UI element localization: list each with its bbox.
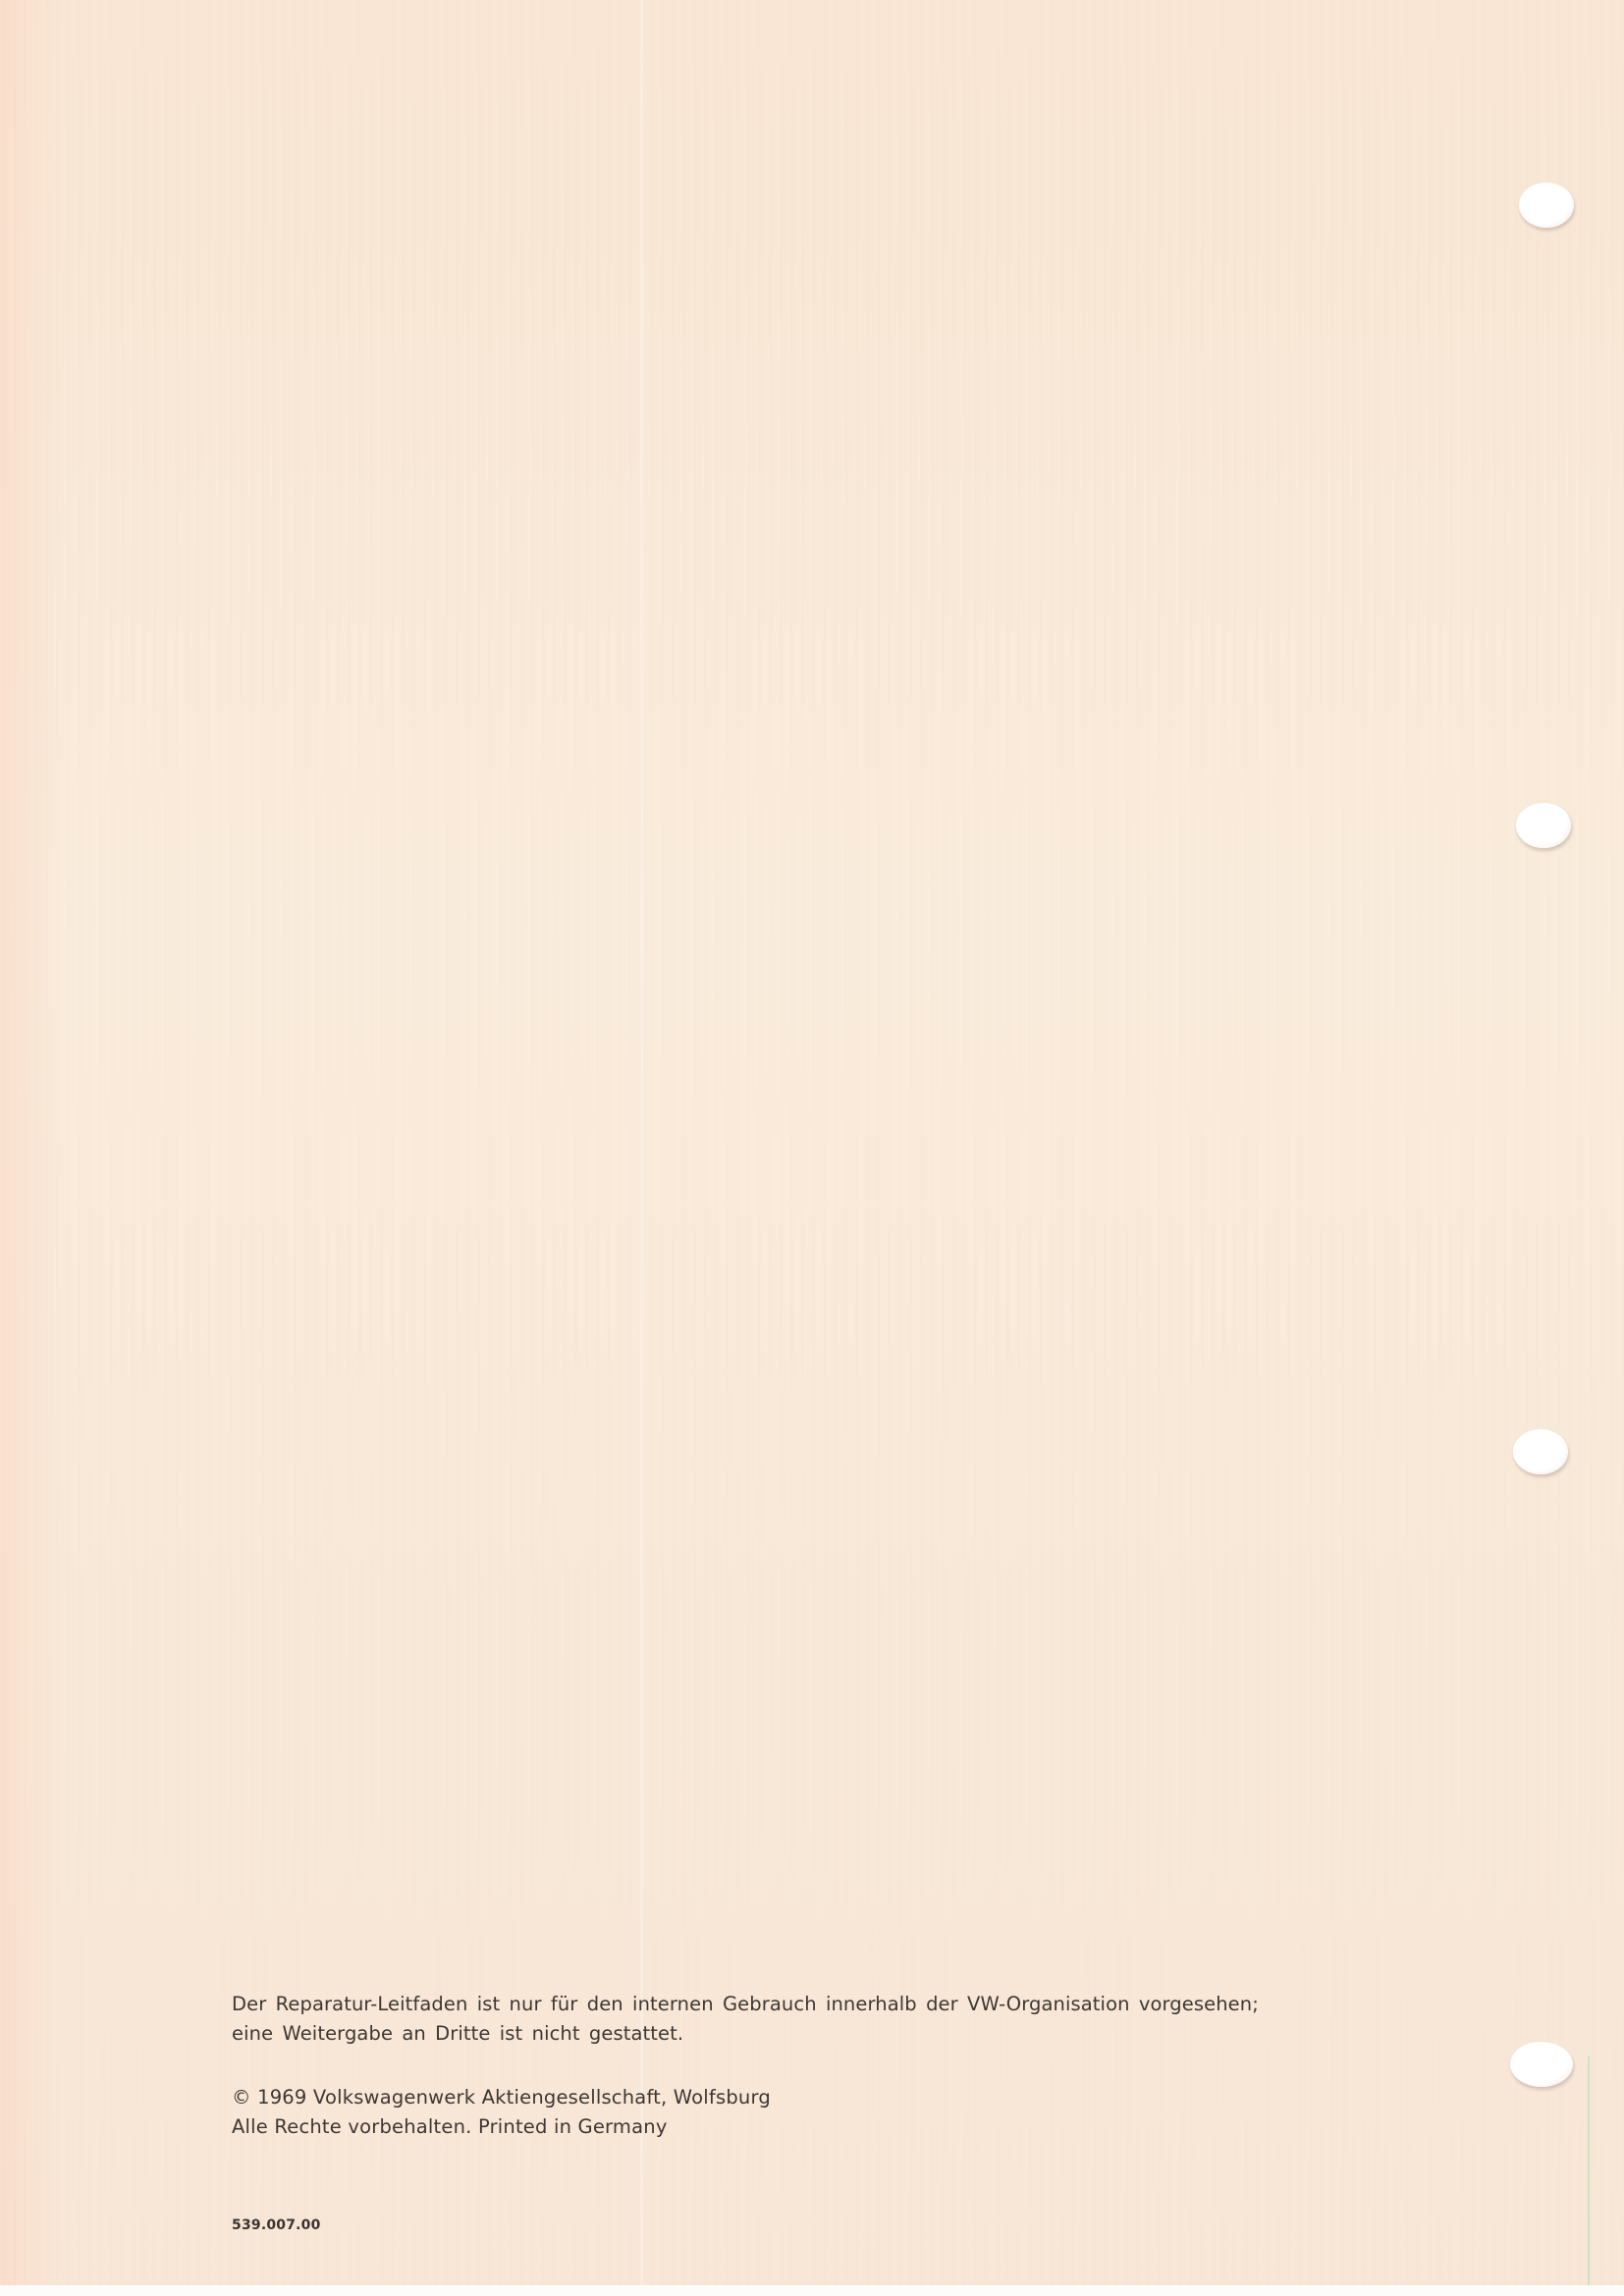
document-page: Der Reparatur-Leitfaden ist nur für den … (0, 0, 1624, 2285)
usage-notice: Der Reparatur-Leitfaden ist nur für den … (232, 1990, 1449, 2049)
usage-notice-line-2: eine Weitergabe an Dritte ist nicht gest… (232, 2019, 1449, 2049)
document-number: 539.007.00 (232, 2217, 321, 2233)
paper-texture (0, 0, 1624, 2285)
paper-crease (640, 0, 643, 2285)
punch-hole-icon (1513, 1429, 1568, 1474)
punch-hole-icon (1510, 2042, 1573, 2087)
punch-hole-icon (1519, 183, 1574, 228)
copyright-block: © 1969 Volkswagenwerk Aktiengesellschaft… (232, 2083, 771, 2142)
copyright-line-1: © 1969 Volkswagenwerk Aktiengesellschaft… (232, 2083, 771, 2112)
punch-hole-icon (1516, 803, 1571, 848)
page-edge-line (1588, 2056, 1590, 2285)
scan-bottom-margin (0, 2285, 1624, 2296)
copyright-line-2: Alle Rechte vorbehalten. Printed in Germ… (232, 2112, 771, 2142)
usage-notice-line-1: Der Reparatur-Leitfaden ist nur für den … (232, 1990, 1449, 2019)
